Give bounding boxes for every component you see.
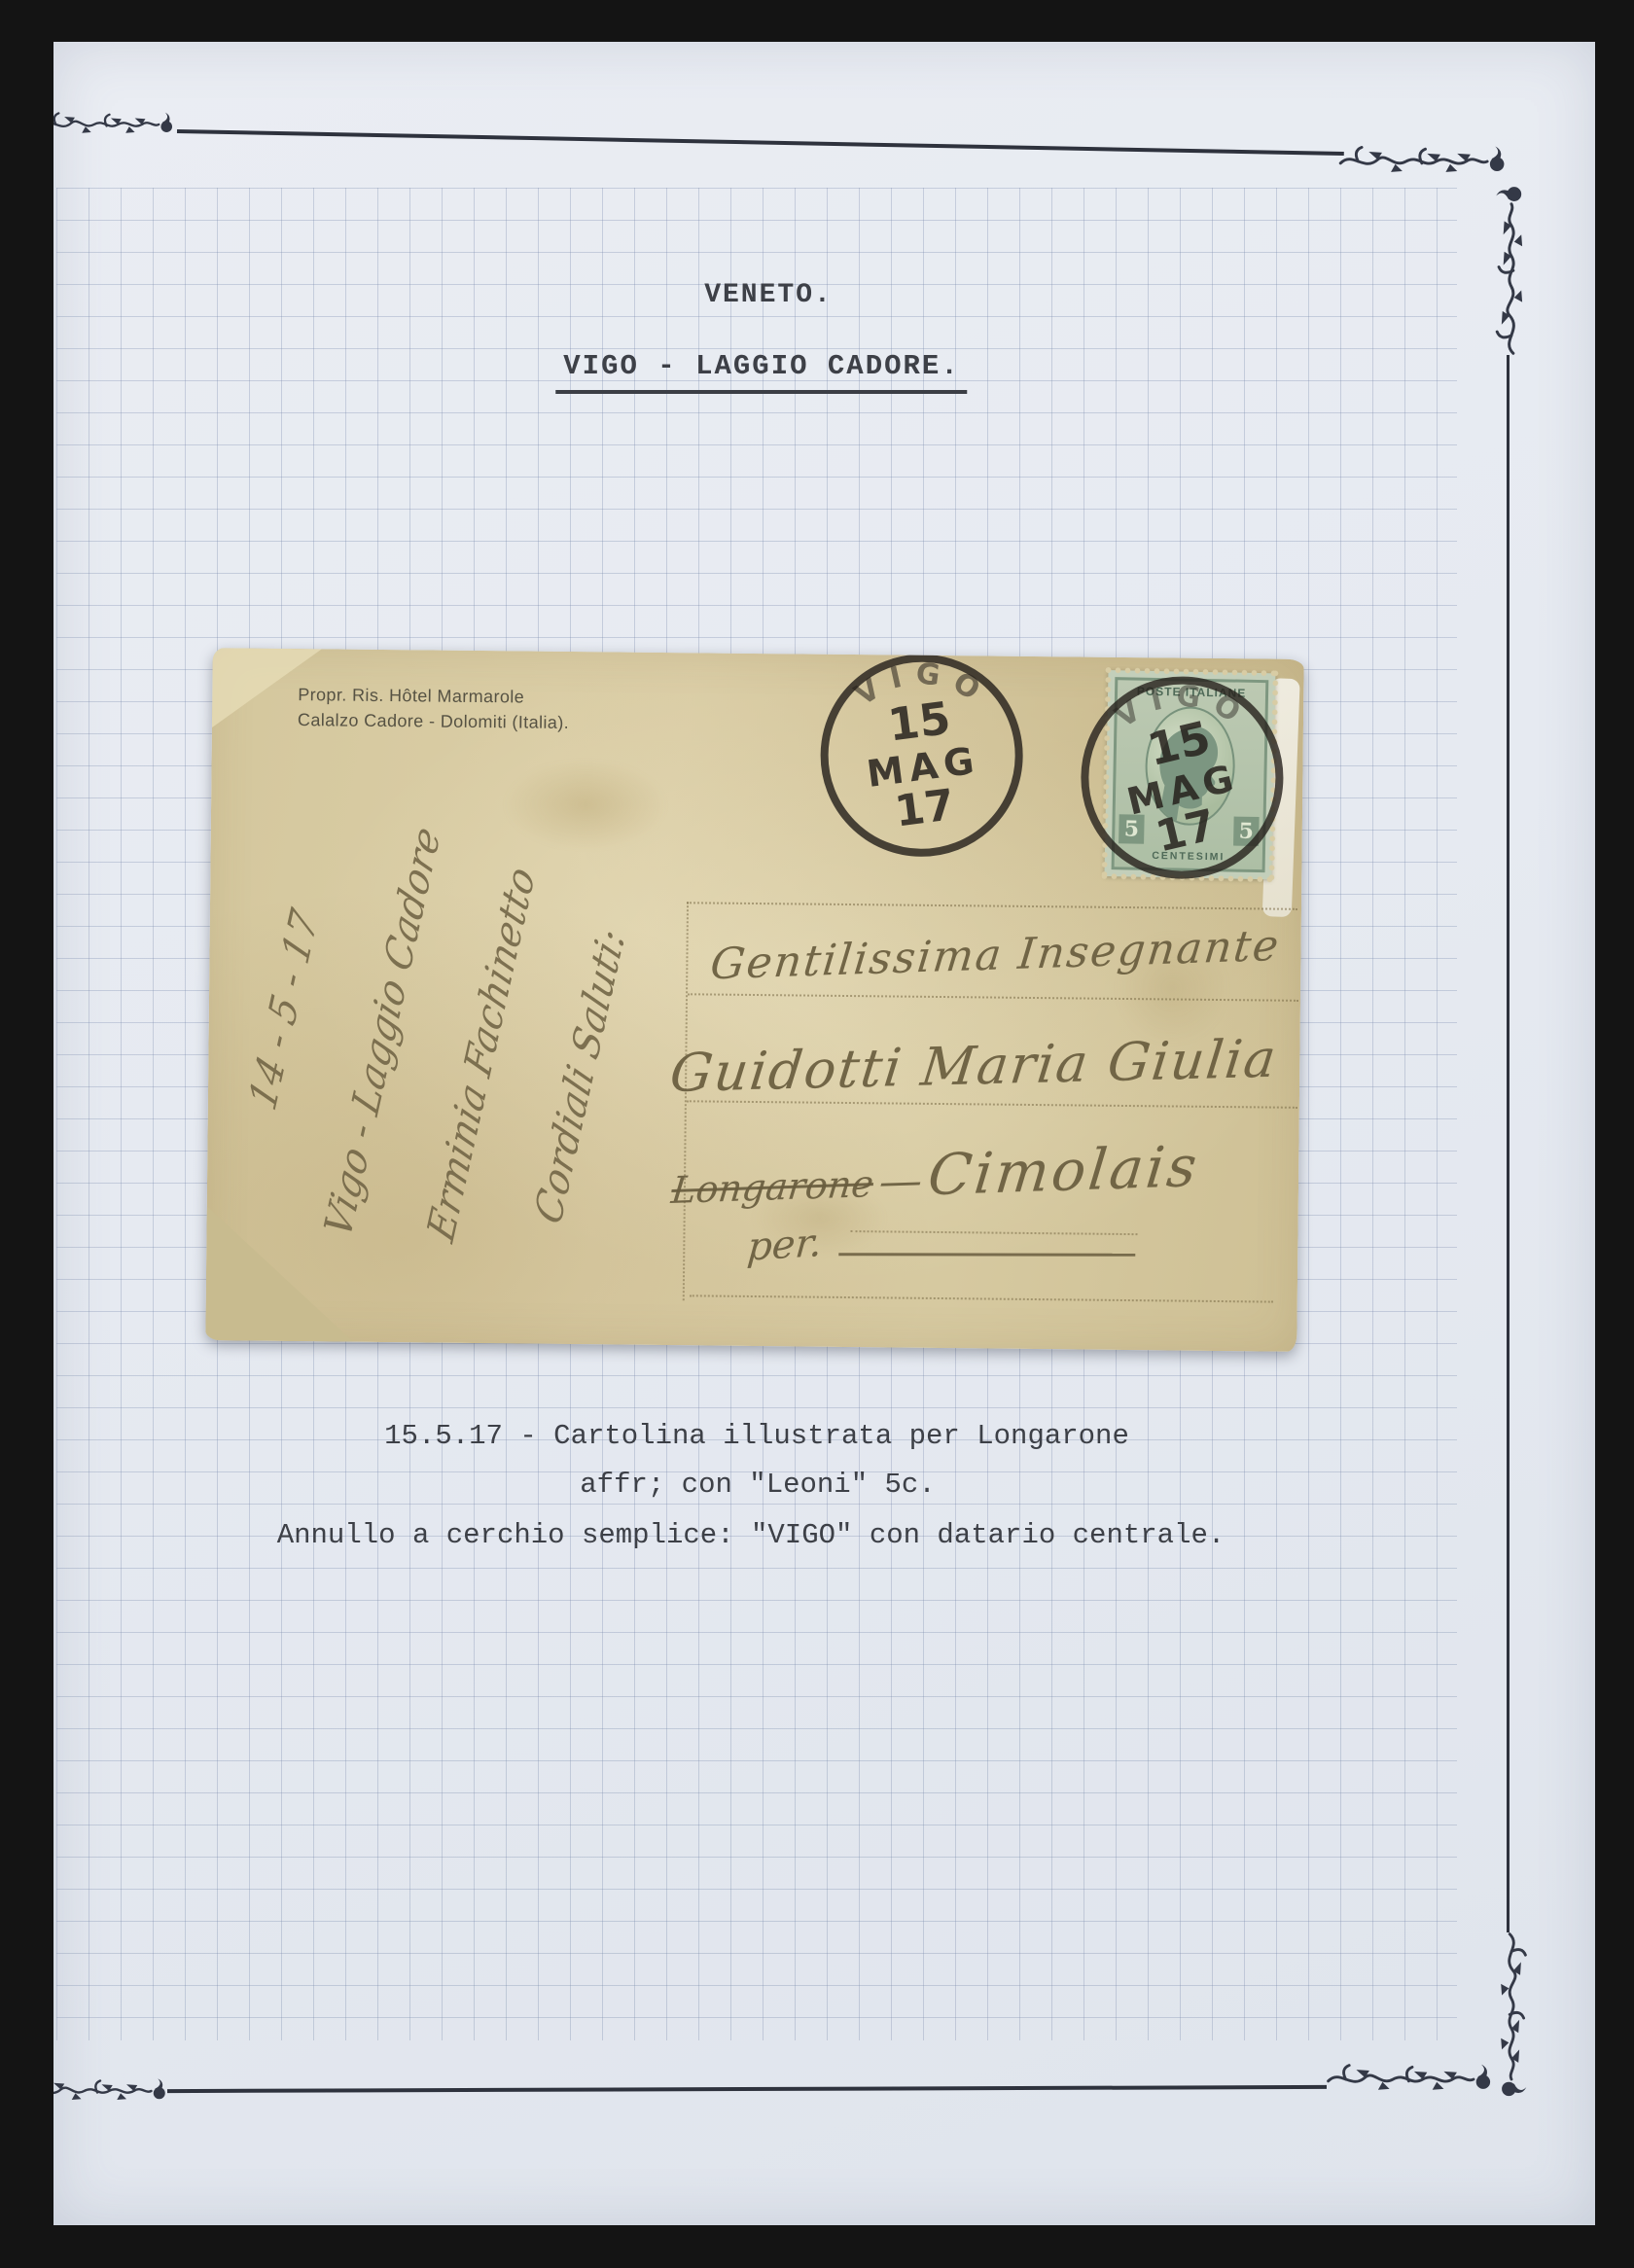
corner-flourish-bottom-right-h xyxy=(1325,2060,1500,2099)
bottom-rule xyxy=(167,2085,1327,2093)
caption-line-3: Annullo a cerchio semplice: "VIGO" con d… xyxy=(277,1519,1225,1551)
address-crossed-out-town: Longarone xyxy=(669,1162,875,1212)
caption-line-2: affr; con "Leoni" 5c. xyxy=(580,1469,935,1501)
top-rule xyxy=(177,129,1344,156)
postcard: Propr. Ris. Hôtel Marmarole Calalzo Cado… xyxy=(205,648,1303,1352)
publisher-line-1: Propr. Ris. Hôtel Marmarole xyxy=(298,682,569,710)
address-dotted-line xyxy=(690,1294,1273,1302)
address-pen-line xyxy=(838,1253,1135,1257)
location-title: VIGO - LAGGIO CADORE. xyxy=(555,350,967,394)
corner-flourish-top-left xyxy=(53,105,180,144)
address-destination-line: Longarone—Cimolais xyxy=(669,1133,1203,1217)
album-photo: VENETO. VIGO - LAGGIO CADORE. Propr. Ris… xyxy=(0,0,1634,2268)
address-name: Guidotti Maria Giulia xyxy=(667,1028,1281,1104)
address-dash: — xyxy=(870,1155,930,1207)
address-dotted-line xyxy=(687,1100,1297,1109)
address-dotted-line xyxy=(851,1230,1138,1235)
publisher-line-2: Calalzo Cadore - Dolomiti (Italia). xyxy=(298,707,569,735)
address-dotted-line xyxy=(687,902,1297,910)
right-rule xyxy=(1507,355,1510,1932)
caption-line-1: 15.5.17 - Cartolina illustrata per Longa… xyxy=(384,1420,1129,1452)
album-page: VENETO. VIGO - LAGGIO CADORE. Propr. Ris… xyxy=(53,42,1595,2225)
postmark-year: 17 xyxy=(892,780,957,836)
corner-flourish-bottom-left xyxy=(53,2072,173,2110)
postmark-right: VIGO 15 MAG 17 xyxy=(1069,664,1295,890)
postmark-left: VIGO 15 MAG 17 xyxy=(808,648,1034,868)
corner-flourish-top-right-h xyxy=(1335,142,1515,181)
address-destination-town: Cimolais xyxy=(925,1133,1202,1209)
handwritten-message: 14 - 5 - 17 Vigo - Laggio Cadore Erminia… xyxy=(205,738,688,1349)
address-per-label: per. xyxy=(746,1221,824,1270)
corner-flourish-top-right-v xyxy=(1490,177,1533,357)
publisher-imprint: Propr. Ris. Hôtel Marmarole Calalzo Cado… xyxy=(298,682,570,735)
region-title: VENETO. xyxy=(704,280,833,310)
